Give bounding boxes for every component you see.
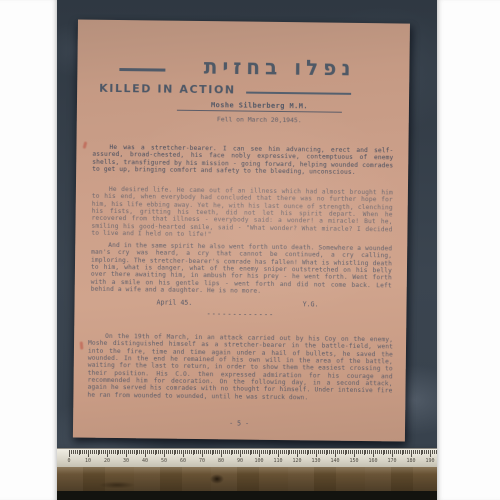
ruler-number: 0 — [67, 458, 70, 464]
ruler-tick — [282, 450, 283, 454]
ruler-tick — [145, 450, 146, 457]
ruler-tick — [367, 450, 368, 454]
ruler-tick — [373, 450, 374, 457]
ruler-number: 180 — [406, 458, 415, 464]
ruler-number: 10 — [85, 458, 91, 464]
ruler-tick — [208, 450, 209, 454]
ruler-tick — [170, 450, 171, 454]
ruler-tick — [346, 450, 347, 454]
ruler-number: 120 — [292, 458, 301, 464]
ruler-tick — [162, 450, 163, 454]
hebrew-title: נפלו בחזית — [204, 53, 356, 80]
ruler-tick — [185, 450, 186, 454]
ruler-tick — [191, 450, 192, 454]
ruler-tick — [413, 450, 414, 454]
ruler-tick — [248, 450, 249, 454]
ruler-tick — [314, 450, 315, 454]
dashed-separator: ------------- — [74, 308, 406, 320]
paragraph-3: And in the same spirit he also went fort… — [91, 242, 393, 297]
wooden-table-edge — [57, 467, 437, 491]
ruler-tick — [341, 450, 342, 454]
ruler-tick — [117, 450, 118, 455]
ruler-tick — [339, 450, 340, 454]
ruler-number: 170 — [387, 458, 396, 464]
ruler-tick — [134, 450, 135, 454]
ruler-tick — [333, 450, 334, 454]
ruler-tick — [383, 450, 384, 455]
ruler-tick — [225, 450, 226, 454]
ruler-tick — [82, 450, 83, 454]
ruler-tick — [155, 450, 156, 455]
ruler-tick — [84, 450, 85, 454]
ruler-tick — [392, 450, 393, 457]
ruler-tick — [147, 450, 148, 454]
ruler-tick — [130, 450, 131, 454]
millimeter-ruler: 0102030405060708090100110120130140150160… — [57, 448, 437, 468]
signoff-date: April 45. — [157, 298, 193, 306]
ruler-tick — [242, 450, 243, 454]
ruler-tick — [126, 450, 127, 457]
ruler-tick — [303, 450, 304, 454]
ruler-tick — [390, 450, 391, 454]
ruler-tick — [69, 450, 70, 457]
ruler-tick — [422, 450, 423, 454]
ruler-tick — [297, 450, 298, 457]
ruler-number: 50 — [161, 458, 167, 464]
ruler-tick — [181, 450, 182, 454]
ruler-tick — [101, 450, 102, 454]
ruler-number: 130 — [311, 458, 320, 464]
ruler-tick — [419, 450, 420, 454]
ruler-tick — [160, 450, 161, 454]
ruler-tick — [166, 450, 167, 454]
ruler-tick — [240, 450, 241, 457]
ruler-tick — [183, 450, 184, 457]
ruler-tick — [343, 450, 344, 454]
ruler-tick — [377, 450, 378, 454]
ruler-tick — [356, 450, 357, 454]
ruler-tick — [348, 450, 349, 454]
ruler-tick — [88, 450, 89, 457]
ruler-tick — [270, 450, 271, 454]
signoff-initials: Y.G. — [303, 300, 319, 308]
ruler-tick — [137, 450, 138, 454]
ruler-tick — [229, 450, 230, 454]
ruler-tick — [430, 450, 431, 457]
ruler-tick — [231, 450, 232, 455]
ruler-tick — [411, 450, 412, 457]
page-number: - 5 - — [73, 417, 405, 429]
ruler-tick — [388, 450, 389, 454]
ruler-tick — [96, 450, 97, 454]
ruler-tick — [322, 450, 323, 454]
ruler-tick — [403, 450, 404, 454]
ruler-tick — [156, 450, 157, 454]
ruler-tick — [269, 450, 270, 455]
ruler-tick — [217, 450, 218, 454]
ruler-tick — [120, 450, 121, 454]
red-margin-mark — [80, 341, 83, 349]
ruler-tick — [141, 450, 142, 454]
english-title-rule — [246, 91, 351, 94]
ruler-tick — [286, 450, 287, 454]
ruler-tick — [73, 450, 74, 454]
ruler-tick — [111, 450, 112, 454]
ruler-number: 140 — [330, 458, 339, 464]
ruler-number: 20 — [104, 458, 110, 464]
ruler-tick — [267, 450, 268, 454]
ruler-tick — [364, 450, 365, 455]
ruler-tick — [360, 450, 361, 454]
ruler-tick — [113, 450, 114, 454]
ruler-number: 160 — [368, 458, 377, 464]
ruler-tick — [417, 450, 418, 454]
ruler-tick — [354, 450, 355, 457]
ruler-tick — [164, 450, 165, 457]
ruler-tick — [136, 450, 137, 455]
photo-of-document: נפלו בחזית KILLED IN ACTION Moshe Silber… — [0, 0, 500, 500]
ruler-tick — [318, 450, 319, 454]
ruler-tick — [189, 450, 190, 454]
ruler-tick — [428, 450, 429, 454]
ruler-tick — [158, 450, 159, 454]
dark-table-gap — [57, 491, 437, 500]
ruler-tick — [200, 450, 201, 454]
ruler-tick — [253, 450, 254, 454]
ruler-number: 150 — [349, 458, 358, 464]
ruler-tick — [307, 450, 308, 455]
ruler-tick — [80, 450, 81, 454]
ruler-tick — [122, 450, 123, 454]
ruler-tick — [236, 450, 237, 454]
ruler-tick — [115, 450, 116, 454]
ruler-tick — [265, 450, 266, 454]
ruler-tick — [143, 450, 144, 454]
ruler-tick — [335, 450, 336, 457]
ruler-tick — [371, 450, 372, 454]
ruler-tick — [244, 450, 245, 454]
ruler-tick — [320, 450, 321, 454]
ruler-tick — [255, 450, 256, 454]
ruler-tick — [295, 450, 296, 454]
ruler-tick — [223, 450, 224, 454]
ruler-tick — [90, 450, 91, 454]
ruler-tick — [204, 450, 205, 454]
ruler-tick — [409, 450, 410, 454]
ruler-tick — [99, 450, 100, 454]
ruler-tick — [198, 450, 199, 454]
ruler-tick — [381, 450, 382, 454]
ruler-tick — [151, 450, 152, 454]
ruler-tick — [105, 450, 106, 454]
ruler-scale: 0102030405060708090100110120130140150160… — [57, 449, 437, 468]
ruler-tick — [396, 450, 397, 454]
ruler-tick — [358, 450, 359, 454]
ruler-tick — [350, 450, 351, 454]
ruler-number: 30 — [123, 458, 129, 464]
ruler-tick — [326, 450, 327, 455]
memorial-page: נפלו בחזית KILLED IN ACTION Moshe Silber… — [73, 20, 410, 442]
ruler-tick — [92, 450, 93, 454]
ruler-tick — [153, 450, 154, 454]
ruler-tick — [375, 450, 376, 454]
ruler-tick — [316, 450, 317, 457]
ruler-tick — [251, 450, 252, 454]
ruler-tick — [394, 450, 395, 454]
ruler-tick — [432, 450, 433, 454]
ruler-tick — [168, 450, 169, 454]
hebrew-title-row: נפלו בחזית — [119, 53, 355, 80]
ruler-tick — [261, 450, 262, 454]
ruler-tick — [407, 450, 408, 454]
ruler-tick — [107, 450, 108, 457]
ruler-tick — [139, 450, 140, 454]
ruler-tick — [128, 450, 129, 454]
ruler-tick — [234, 450, 235, 454]
ruler-tick — [365, 450, 366, 454]
ruler-tick — [384, 450, 385, 454]
ruler-tick — [193, 450, 194, 455]
ruler-tick — [352, 450, 353, 454]
paragraph-2: He desired life. He came out of an illne… — [91, 186, 393, 241]
ruler-tick — [278, 450, 279, 457]
ruler-tick — [301, 450, 302, 454]
ruler-tick — [174, 450, 175, 455]
ruler-tick — [210, 450, 211, 454]
ruler-number: 110 — [273, 458, 282, 464]
ruler-tick — [196, 450, 197, 454]
white-background-left — [0, 0, 57, 500]
ruler-tick — [400, 450, 401, 454]
ruler-tick — [124, 450, 125, 454]
ruler-tick — [103, 450, 104, 454]
ruler-tick — [98, 450, 99, 455]
ruler-tick — [175, 450, 176, 454]
ruler-tick — [257, 450, 258, 454]
ruler-tick — [212, 450, 213, 455]
ruler-tick — [299, 450, 300, 454]
ruler-tick — [331, 450, 332, 454]
ruler-tick — [272, 450, 273, 454]
ruler-tick — [337, 450, 338, 454]
ruler-tick — [263, 450, 264, 454]
ruler-tick — [293, 450, 294, 454]
ruler-tick — [398, 450, 399, 454]
ruler-number: 100 — [254, 458, 263, 464]
ruler-tick — [71, 450, 72, 454]
ruler-tick — [402, 450, 403, 455]
ruler-tick — [232, 450, 233, 454]
paragraph-1: He was a stretcher-bearer. I can see him… — [92, 144, 393, 177]
ruler-number: 80 — [218, 458, 224, 464]
ruler-number: 60 — [180, 458, 186, 464]
ruler-tick — [118, 450, 119, 454]
white-background-right — [437, 0, 500, 500]
ruler-tick — [238, 450, 239, 454]
ruler-tick — [75, 450, 76, 454]
ruler-tick — [369, 450, 370, 454]
ruler-tick — [202, 450, 203, 457]
ruler-tick — [177, 450, 178, 454]
ruler-number: 90 — [237, 458, 243, 464]
ruler-tick — [79, 450, 80, 455]
ruler-tick — [405, 450, 406, 454]
ruler-number: 40 — [142, 458, 148, 464]
paragraph-4: On the 19th of March, in an attack carri… — [87, 333, 393, 402]
ruler-tick — [324, 450, 325, 454]
slate-table-surface: נפלו בחזית KILLED IN ACTION Moshe Silber… — [57, 0, 437, 500]
ruler-tick — [221, 450, 222, 457]
ruler-tick — [362, 450, 363, 454]
ruler-tick — [259, 450, 260, 457]
fallen-soldier-name: Moshe Silberberg M.M. — [177, 101, 342, 113]
ruler-tick — [246, 450, 247, 454]
ruler-tick — [379, 450, 380, 454]
ruler-tick — [250, 450, 251, 455]
ruler-tick — [132, 450, 133, 454]
ruler-tick — [213, 450, 214, 454]
ruler-tick — [310, 450, 311, 454]
ruler-tick — [421, 450, 422, 455]
ruler-tick — [179, 450, 180, 454]
ruler-tick — [424, 450, 425, 454]
ruler-tick — [327, 450, 328, 454]
signoff-row: April 45. Y.G. — [157, 298, 319, 308]
ruler-tick — [149, 450, 150, 454]
ruler-tick — [386, 450, 387, 454]
ruler-tick — [194, 450, 195, 454]
title-dash-rule — [119, 68, 165, 72]
ruler-tick — [305, 450, 306, 454]
red-margin-mark — [83, 141, 88, 149]
ruler-tick — [276, 450, 277, 454]
ruler-number: 70 — [199, 458, 205, 464]
ruler-tick — [415, 450, 416, 454]
english-title-row: KILLED IN ACTION — [99, 82, 351, 98]
ruler-tick — [280, 450, 281, 454]
ruler-tick — [312, 450, 313, 454]
ruler-tick — [289, 450, 290, 454]
ruler-tick — [109, 450, 110, 454]
ruler-tick — [288, 450, 289, 455]
ruler-tick — [308, 450, 309, 454]
english-title: KILLED IN ACTION — [99, 82, 236, 97]
ruler-tick — [274, 450, 275, 454]
ruler-tick — [329, 450, 330, 454]
ruler-tick — [94, 450, 95, 454]
ruler-tick — [77, 450, 78, 454]
ruler-tick — [215, 450, 216, 454]
ruler-tick — [434, 450, 435, 454]
ruler-tick — [206, 450, 207, 454]
date-of-death: Fell on March 20,1945. — [187, 115, 332, 125]
ruler-tick — [284, 450, 285, 454]
ruler-tick — [426, 450, 427, 454]
ruler-tick — [172, 450, 173, 454]
ruler-tick — [345, 450, 346, 455]
ruler-tick — [187, 450, 188, 454]
ruler-number: 190 — [425, 458, 434, 464]
ruler-tick — [219, 450, 220, 454]
ruler-tick — [291, 450, 292, 454]
ruler-tick — [227, 450, 228, 454]
ruler-tick — [86, 450, 87, 454]
